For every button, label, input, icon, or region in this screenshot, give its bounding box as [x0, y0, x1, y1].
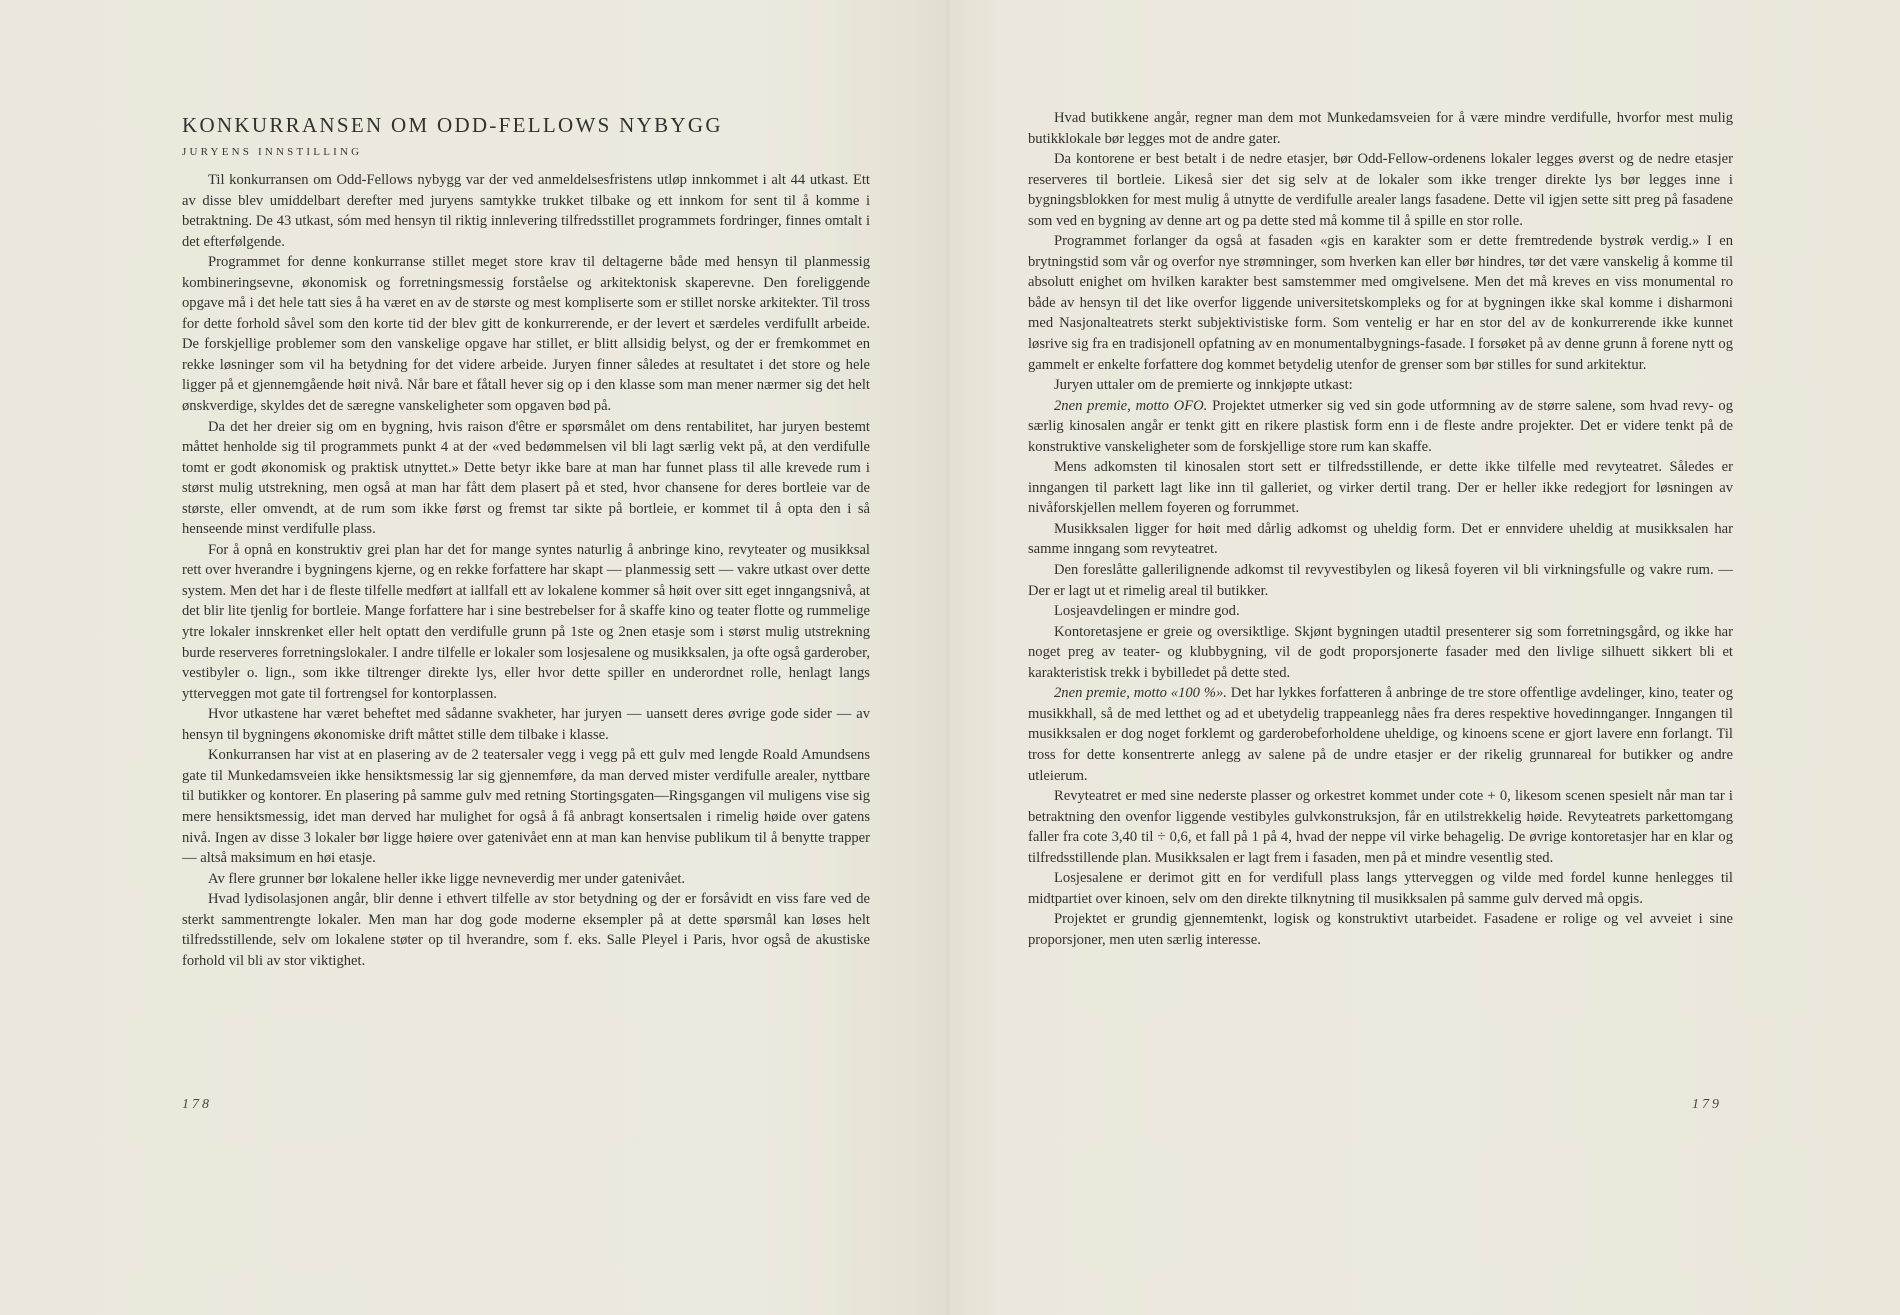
right-page-column: Hvad butikkene angår, regner man dem mot… — [1028, 108, 1733, 950]
paragraph: Da kontorene er best betalt i de nedre e… — [1028, 149, 1733, 231]
award-lead: 2nen premie, motto «100 %». — [1054, 685, 1227, 701]
paragraph: Konkurransen har vist at en plasering av… — [182, 745, 870, 868]
paragraph: Hvad butikkene angår, regner man dem mot… — [1028, 108, 1733, 149]
left-page-column: KONKURRANSEN OM ODD-FELLOWS NYBYGG JURYE… — [182, 112, 870, 971]
paragraph: Programmet forlanger da også at fasaden … — [1028, 231, 1733, 375]
article-subtitle: JURYENS INNSTILLING — [182, 146, 870, 158]
award-paragraph: 2nen premie, motto «100 %». Det har lykk… — [1028, 683, 1733, 786]
book-spread: KONKURRANSEN OM ODD-FELLOWS NYBYGG JURYE… — [0, 0, 1900, 1315]
paragraph: Hvad lydisolasjonen angår, blir denne i … — [182, 889, 870, 971]
paragraph: Da det her dreier sig om en bygning, hvi… — [182, 417, 870, 540]
paragraph: Kontoretasjene er greie og oversiktlige.… — [1028, 622, 1733, 684]
paragraph: Av flere grunner bør lokalene heller ikk… — [182, 869, 870, 890]
paragraph: For å opnå en konstruktiv grei plan har … — [182, 540, 870, 704]
right-page: Hvad butikkene angår, regner man dem mot… — [948, 0, 1900, 1315]
paragraph: Revyteatret er med sine nederste plasser… — [1028, 786, 1733, 868]
left-page: KONKURRANSEN OM ODD-FELLOWS NYBYGG JURYE… — [0, 0, 948, 1315]
paragraph: Den foreslåtte gallerilignende adkomst t… — [1028, 560, 1733, 601]
award-lead: 2nen premie, motto OFO. — [1054, 398, 1207, 414]
book-spine-shadow — [946, 0, 950, 1315]
paragraph: Hvor utkastene har været beheftet med så… — [182, 704, 870, 745]
article-title: KONKURRANSEN OM ODD-FELLOWS NYBYGG — [182, 112, 870, 138]
award-paragraph: 2nen premie, motto OFO. Projektet utmerk… — [1028, 396, 1733, 458]
left-page-body: Til konkurransen om Odd-Fellows nybygg v… — [182, 170, 870, 971]
paragraph: Programmet for denne konkurranse stillet… — [182, 252, 870, 416]
paragraph: Losjeavdelingen er mindre god. — [1028, 601, 1733, 622]
page-number: 179 — [1692, 1097, 1722, 1113]
paragraph: Musikksalen ligger for høit med dårlig a… — [1028, 519, 1733, 560]
paragraph: Projektet er grundig gjennemtenkt, logis… — [1028, 909, 1733, 950]
paragraph: Til konkurransen om Odd-Fellows nybygg v… — [182, 170, 870, 252]
paragraph: Losjesalene er derimot gitt en for verdi… — [1028, 868, 1733, 909]
paragraph: Juryen uttaler om de premierte og innkjø… — [1028, 375, 1733, 396]
paragraph: Mens adkomsten til kinosalen stort sett … — [1028, 457, 1733, 519]
right-page-body: Hvad butikkene angår, regner man dem mot… — [1028, 108, 1733, 950]
page-number: 178 — [182, 1097, 212, 1113]
